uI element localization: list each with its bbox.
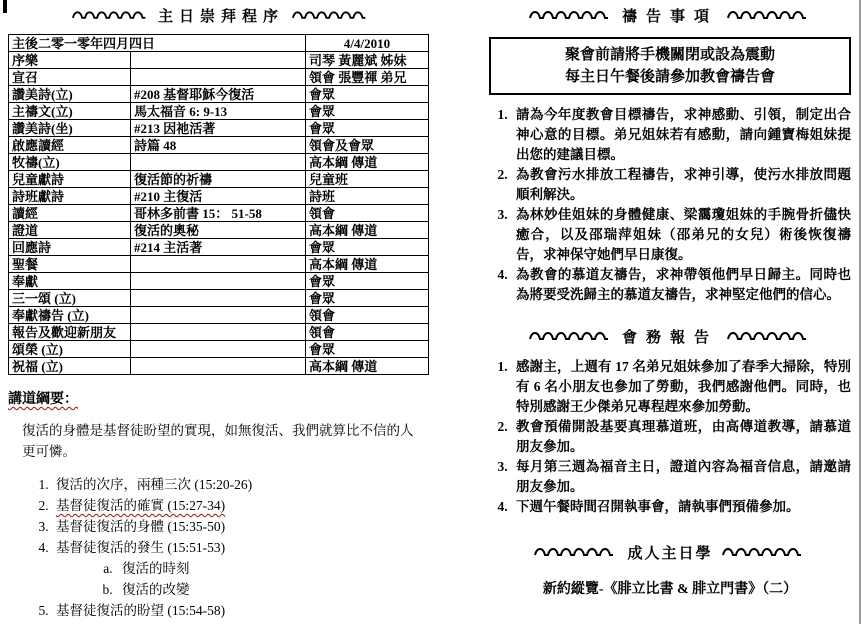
order-who: 高本綱 傳道	[306, 154, 429, 171]
table-row: 主禱文(立)馬太福音 6: 9-13會眾	[9, 103, 429, 120]
order-item: 奉獻	[9, 273, 131, 290]
order-who: 領會及會眾	[306, 137, 429, 154]
list-item: 教會預備開設基要真理慕道班，由高傳道教導，請慕道朋友參加。	[511, 417, 851, 457]
order-who: 會眾	[306, 239, 429, 256]
table-row: 回應詩#214 主活著會眾	[9, 239, 429, 256]
order-detail: #208 基督耶穌今復活	[131, 86, 306, 103]
order-item: 主禱文(立)	[9, 103, 131, 120]
text-cursor-artifact	[3, 0, 7, 13]
table-row: 序樂司琴 黃麗斌 姊妹	[9, 52, 429, 69]
order-detail: 馬太福音 6: 9-13	[131, 103, 306, 120]
table-row: 主後二零一零年四月四日 4/4/2010	[9, 35, 429, 52]
table-row: 啟應讀經詩篇 48領會及會眾	[9, 137, 429, 154]
wave-ornament-icon	[528, 332, 614, 342]
order-detail: 復活的奧秘	[131, 222, 306, 239]
worship-order-table: 主後二零一零年四月四日 4/4/2010 序樂司琴 黃麗斌 姊妹 宣召領會 張豐…	[8, 34, 429, 375]
wave-ornament-icon	[726, 332, 812, 342]
wave-ornament-icon	[726, 11, 812, 21]
bulletin-page: 主日崇拜程序 主後二零一零年四月四日 4/4/2010 序樂司琴 黃麗斌 姊妹 …	[0, 0, 861, 624]
order-detail: #210 主復活	[131, 188, 306, 205]
notice-box: 聚會前請將手機關閉或設為震動 每主日午餐後請參加教會禱告會	[489, 37, 851, 95]
list-item: 復活的改變	[116, 579, 434, 600]
table-row: 兒童獻詩復活節的祈禱兒童班	[9, 171, 429, 188]
vine-ornament-icon	[292, 11, 370, 21]
notice-line-1: 聚會前請將手機關閉或設為震動	[493, 44, 847, 66]
list-item: 為教會污水排放工程禱告，求神引導，使污水排放問題順利解決。	[511, 165, 851, 205]
table-row: 讚美詩(坐)#213 因祂活著會眾	[9, 120, 429, 137]
order-who: 會眾	[306, 120, 429, 137]
order-who: 高本綱 傳道	[306, 256, 429, 273]
order-item: 報告及歡迎新朋友	[9, 324, 131, 341]
sunday-school-header: 成人主日學	[489, 542, 851, 563]
order-detail: #213 因祂活著	[131, 120, 306, 137]
notice-line-2: 每主日午餐後請參加教會禱告會	[493, 66, 847, 88]
table-row: 奉獻會眾	[9, 273, 429, 290]
announcements-column: 禱告事項 聚會前請將手機關閉或設為震動 每主日午餐後請參加教會禱告會 請為今年度…	[489, 5, 851, 598]
order-who: 高本綱 傳道	[306, 222, 429, 239]
vine-ornament-icon	[72, 11, 150, 21]
order-item: 證道	[9, 222, 131, 239]
table-row: 讚美詩(立)#208 基督耶穌今復活會眾	[9, 86, 429, 103]
affairs-section-header: 會務報告	[489, 326, 851, 347]
order-detail	[131, 341, 306, 358]
list-item: 復活的時刻	[116, 558, 434, 579]
affairs-section-title: 會務報告	[622, 326, 718, 347]
order-who: 兒童班	[306, 171, 429, 188]
table-row: 三一頌 (立)會眾	[9, 290, 429, 307]
order-detail	[131, 52, 306, 69]
table-row: 奉獻禱告 (立)領會	[9, 307, 429, 324]
list-item: 為林妙佳姐妹的身體健康、梁靄瓊姐妹的手腕骨折儘快癒合，以及邵瑞萍姐妹（邵弟兄的女…	[511, 205, 851, 265]
order-item: 宣召	[9, 69, 131, 86]
table-row: 詩班獻詩#210 主復活詩班	[9, 188, 429, 205]
worship-order-header: 主日崇拜程序	[8, 5, 434, 26]
order-who: 領會	[306, 205, 429, 222]
order-item: 兒童獻詩	[9, 171, 131, 188]
order-who: 司琴 黃麗斌 姊妹	[306, 52, 429, 69]
order-detail	[131, 290, 306, 307]
order-item: 讚美詩(坐)	[9, 120, 131, 137]
order-detail: #214 主活著	[131, 239, 306, 256]
order-item: 啟應讀經	[9, 137, 131, 154]
list-item-text: 基督徒復活的發生 (15:51-53)	[56, 540, 225, 555]
list-item: 基督徒復活的身體 (15:35-50)	[52, 516, 434, 537]
order-item: 讀經	[9, 205, 131, 222]
prayer-items-list: 請為今年度教會目標禱告，求神感動、引領，制定出合神心意的目標。弟兄姐妹若有感動，…	[491, 105, 851, 305]
sunday-school-title: 成人主日學	[627, 542, 712, 563]
order-who: 會眾	[306, 86, 429, 103]
list-item: 基督徒復活的發生 (15:51-53) 復活的時刻 復活的改變	[52, 537, 434, 600]
sermon-outline-heading: 講道綱要：	[8, 388, 434, 408]
order-who: 詩班	[306, 188, 429, 205]
sunday-school-subtitle: 新約縱覽-《腓立比書 & 腓立門書》（二）	[489, 578, 851, 598]
order-detail	[131, 273, 306, 290]
order-detail: 詩篇 48	[131, 137, 306, 154]
list-item: 為教會的慕道友禱告，求神帶領他們早日歸主。同時也為將要受洗歸主的慕道友禱告，求神…	[511, 265, 851, 305]
order-item: 奉獻禱告 (立)	[9, 307, 131, 324]
order-detail	[131, 307, 306, 324]
order-item: 三一頌 (立)	[9, 290, 131, 307]
order-item: 聖餐	[9, 256, 131, 273]
sermon-subpoints-list: 復活的時刻 復活的改變	[98, 558, 434, 600]
order-who: 會眾	[306, 103, 429, 120]
order-who: 會眾	[306, 273, 429, 290]
order-who: 領會 張豐禈 弟兄	[306, 69, 429, 86]
list-item: 基督徒復活的確實 (15:27-34)	[52, 495, 434, 516]
order-who: 高本綱 傳道	[306, 358, 429, 375]
prayer-section-header: 禱告事項	[489, 5, 851, 26]
order-item: 祝福 (立)	[9, 358, 131, 375]
order-who: 領會	[306, 324, 429, 341]
order-item: 讚美詩(立)	[9, 86, 131, 103]
order-item: 頌榮 (立)	[9, 341, 131, 358]
table-row: 牧禱(立)高本綱 傳道	[9, 154, 429, 171]
list-item: 基督徒復活的盼望 (15:54-58)	[52, 600, 434, 621]
order-item: 回應詩	[9, 239, 131, 256]
sermon-points-list: 復活的次序，兩種三次 (15:20-26) 基督徒復活的確實 (15:27-34…	[32, 474, 434, 621]
wave-ornament-icon	[533, 548, 619, 558]
prayer-section-title: 禱告事項	[622, 5, 718, 26]
list-item: 請為今年度教會目標禱告，求神感動、引領，制定出合神心意的目標。弟兄姐妹若有感動，…	[511, 105, 851, 165]
order-detail	[131, 324, 306, 341]
affairs-items-list: 感謝主，上週有 17 名弟兄姐妹參加了春季大掃除，特別有 6 名小朋友也參加了勞…	[491, 357, 851, 517]
order-detail	[131, 358, 306, 375]
list-item: 復活的次序，兩種三次 (15:20-26)	[52, 474, 434, 495]
order-who: 領會	[306, 307, 429, 324]
table-row: 宣召領會 張豐禈 弟兄	[9, 69, 429, 86]
order-who: 會眾	[306, 341, 429, 358]
list-item: 下週午餐時間召開執事會，請執事們預備參加。	[511, 497, 851, 517]
wave-ornament-icon	[721, 548, 807, 558]
order-detail	[131, 69, 306, 86]
order-who: 會眾	[306, 290, 429, 307]
table-row: 頌榮 (立)會眾	[9, 341, 429, 358]
order-detail: 哥林多前書 15： 51-58	[131, 205, 306, 222]
table-row: 證道復活的奧秘高本綱 傳道	[9, 222, 429, 239]
order-item: 牧禱(立)	[9, 154, 131, 171]
list-item: 感謝主，上週有 17 名弟兄姐妹參加了春季大掃除，特別有 6 名小朋友也參加了勞…	[511, 357, 851, 417]
service-date-label: 主後二零一零年四月四日	[9, 35, 306, 52]
order-detail	[131, 154, 306, 171]
table-row: 報告及歡迎新朋友領會	[9, 324, 429, 341]
service-date-value: 4/4/2010	[306, 35, 429, 52]
sermon-summary: 復活的身體是基督徒盼望的實現，如無復活、我們就算比不信的人更可憐。	[22, 420, 426, 462]
sermon-outline-heading-text: 講道綱要：	[8, 392, 78, 407]
worship-order-title: 主日崇拜程序	[158, 5, 284, 26]
order-item: 序樂	[9, 52, 131, 69]
worship-order-column: 主日崇拜程序 主後二零一零年四月四日 4/4/2010 序樂司琴 黃麗斌 姊妹 …	[8, 5, 434, 621]
order-detail	[131, 256, 306, 273]
list-item: 每月第三週為福音主日，證道內容為福音信息，請邀請朋友參加。	[511, 457, 851, 497]
order-detail: 復活節的祈禱	[131, 171, 306, 188]
order-item: 詩班獻詩	[9, 188, 131, 205]
table-row: 讀經哥林多前書 15： 51-58領會	[9, 205, 429, 222]
wave-ornament-icon	[528, 11, 614, 21]
table-row: 祝福 (立)高本綱 傳道	[9, 358, 429, 375]
table-row: 聖餐高本綱 傳道	[9, 256, 429, 273]
